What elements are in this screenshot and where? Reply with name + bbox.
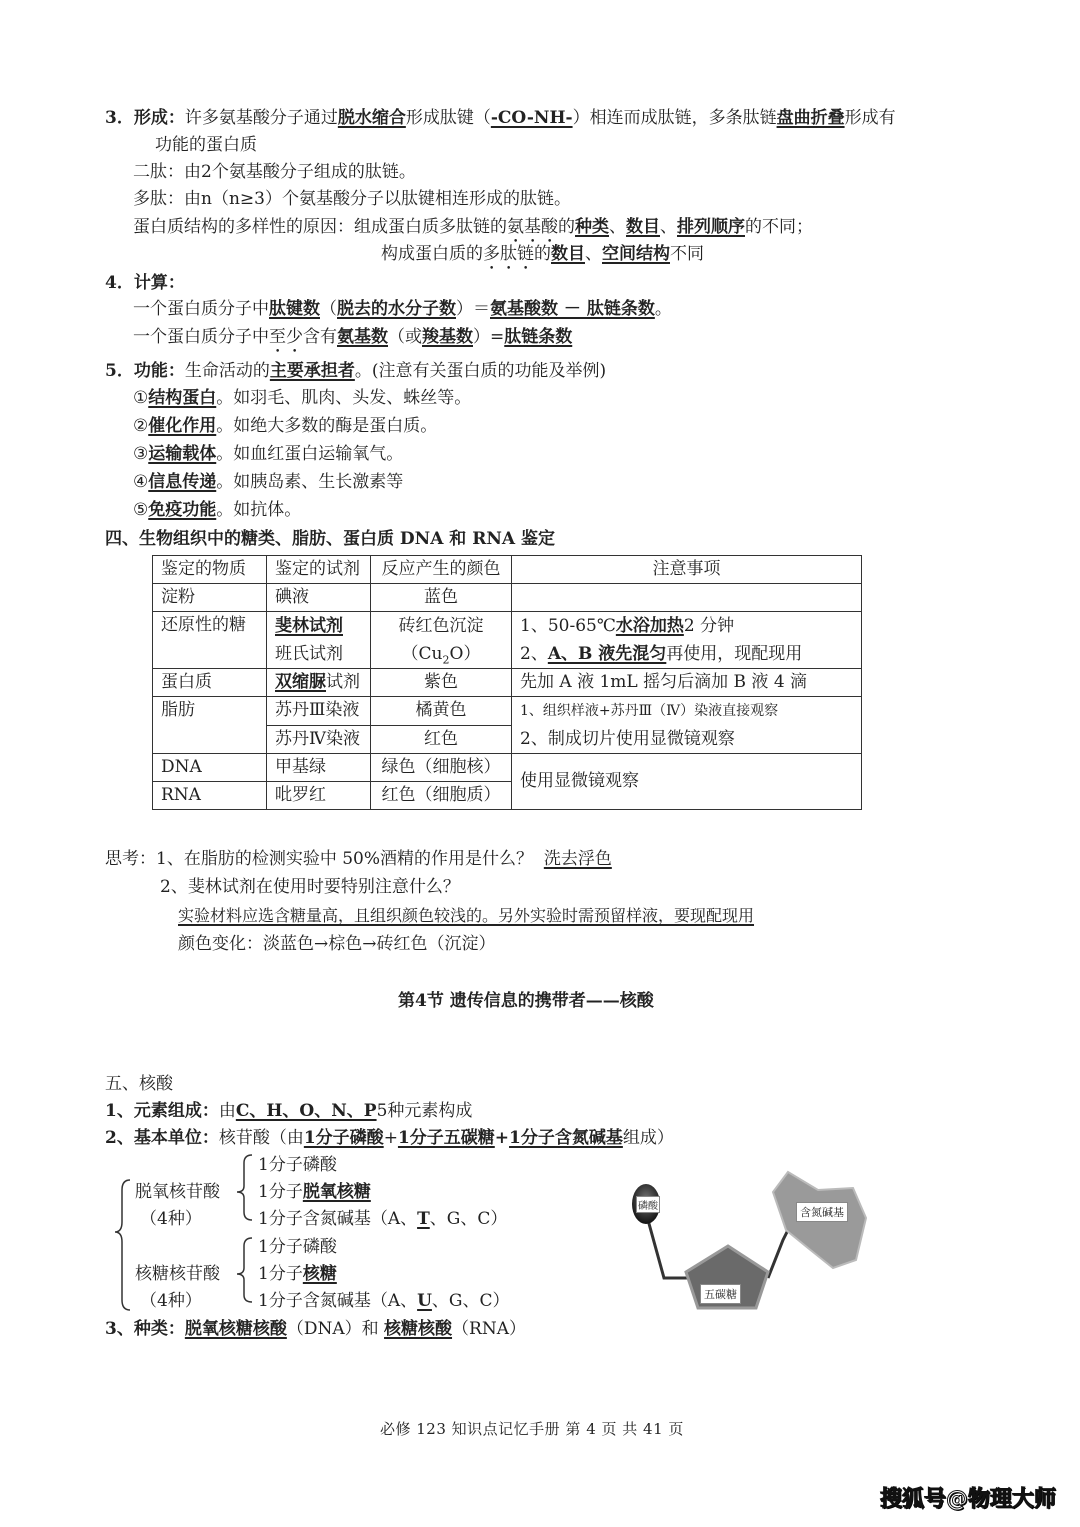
cell-substance: 蛋白质 [153,669,267,697]
header-cell: 鉴定的试剂 [267,556,371,584]
emphasis-text: 氨基酸 [507,217,558,237]
table-header-row: 鉴定的物质 鉴定的试剂 反应产生的颜色 注意事项 [153,556,862,584]
function-item: ②催化作用。如绝大多数的酶是蛋白质。 [133,415,437,437]
cell-substance: 还原性的糖 [153,612,267,669]
label: 1、元素组成： [105,1101,219,1121]
section5-heading: 5．功能：生命活动的主要承担者。(注意有关蛋白质的功能及举例) [105,360,606,382]
thinking-q1: 思考：1、在脂肪的检测实验中 50%酒精的作用是什么？ 洗去浮色 [105,848,612,870]
dipeptide-definition: 二肽：由2个氨基酸分子组成的肽链。 [133,161,416,183]
text: 生命活动的 [185,361,270,381]
deoxynucleotide-name: 脱氧核苷酸 [135,1181,220,1203]
text: 不同 [670,244,704,264]
text: ）＝ [456,299,490,319]
text: 1分子含氮碱基（A、 [258,1209,417,1229]
keyword: 羧基数 [422,327,473,347]
cell-color: 绿色（细胞核） [371,754,512,782]
pentose-label: 五碳糖 [700,1284,741,1304]
item-number: ④ [133,472,148,492]
base-label: 含氮碱基 [796,1202,848,1222]
cell-substance: RNA [153,782,267,810]
header-cell: 鉴定的物质 [153,556,267,584]
deoxy-component: 1分子含氮碱基（A、T、G、C） [258,1208,507,1230]
watermark: 搜狐号@物理大师 [880,1482,1056,1513]
element-composition: 1、元素组成：由C、H、O、N、P5种元素构成 [105,1100,472,1122]
text: 。如血红蛋白运输氧气。 [216,444,403,464]
section3-line1: 3．形成：许多氨基酸分子通过脱水缩合形成肽键（-CO-NH-）相连而成肽链，多条… [105,107,896,129]
note-line: 1、50-65℃水浴加热2 分钟 [520,612,853,640]
cell-note: 1、50-65℃水浴加热2 分钟 2、A、B 液先混匀再使用，现配现用 [512,612,862,669]
section-number: 5． [105,361,134,381]
text: 试剂 [326,672,360,692]
keyword: 信息传递 [148,472,216,492]
table-row: DNA 甲基绿 绿色（细胞核） 使用显微镜观察 [153,754,862,782]
cell-reagent: 双缩脲试剂 [267,669,371,697]
cell-reagent: 斐林试剂班氏试剂 [267,612,371,669]
text: + [384,1128,398,1148]
text: 的 [558,217,575,237]
text: 再使用，现配现用 [666,644,802,664]
cell-color: 紫色 [371,669,512,697]
nucleic-acid-heading: 五、核酸 [105,1073,173,1095]
emphasis-text: 至少 [269,327,303,347]
keyword: 免疫功能 [148,500,216,520]
text: 含有 [303,327,337,347]
ribo-component: 1分子核糖 [258,1263,337,1285]
function-item: ④信息传递。如胰岛素、生长激素等 [133,471,403,493]
thinking-a2: 实验材料应选含糖量高，且组织颜色较浅的。另外实验时需预留样液，要现配现用 [178,905,754,927]
keyword: 脱氧核糖核酸 [185,1319,287,1339]
cell-substance: 淀粉 [153,584,267,612]
text: 1分子 [258,1182,303,1202]
emphasis-text: 多肽链 [483,244,534,264]
text: 一个蛋白质分子中 [133,299,269,319]
cell-color: 蓝色 [371,584,512,612]
polypeptide-definition: 多肽：由n（n≥3）个氨基酸分子以肽键相连形成的肽链。 [133,188,571,210]
keyword: 盘曲折叠 [777,108,845,128]
cell-note: 1、组织样液+苏丹Ⅲ（Ⅳ）染液直接观察2、制成切片使用显微镜观察 [512,697,862,754]
text: （或 [388,327,422,347]
label: 3、种类： [105,1319,185,1339]
text: 班氏试剂 [275,640,362,668]
keyword: -CO-NH- [491,108,573,128]
text: 的不同； [745,217,813,237]
text: 。 [655,299,672,319]
cell-reagent: 苏丹Ⅲ染液 [267,697,371,726]
text: 形成有 [845,108,896,128]
keyword: 斐林试剂 [275,612,362,640]
formula: （Cu2O） [379,640,503,668]
note-line: 2、制成切片使用显微镜观察 [520,725,853,753]
text: 2 分钟 [684,616,734,636]
keyword: 水浴加热 [616,616,684,636]
text: 。如羽毛、肌肉、头发、蛛丝等。 [216,388,471,408]
text: 2、 [520,644,548,664]
function-item: ⑤免疫功能。如抗体。 [133,499,301,521]
text: 5种元素构成 [377,1101,473,1121]
ribonucleotide-count: （4种） [140,1290,202,1312]
text: ）相连而成肽链，多条肽链 [573,108,777,128]
text: （ [320,299,337,319]
item-number: ① [133,388,148,408]
cell-substance: 脂肪 [153,697,267,754]
cell-color: 橘黄色 [371,697,512,726]
thinking-a3: 颜色变化：淡蓝色→棕色→砖红色（沉淀） [178,933,496,955]
keyword: 1分子五碳糖 [398,1128,495,1148]
section-number: 4． [105,273,134,293]
cell-color: 砖红色沉淀（Cu2O） [371,612,512,669]
keyword: 1分子含氮碱基 [509,1128,623,1148]
text: ）= [473,327,504,347]
keyword: 1分子磷酸 [304,1128,384,1148]
cell-reagent: 苏丹Ⅳ染液 [267,725,371,754]
calc-line-2: 一个蛋白质分子中至少含有氨基数（或羧基数）=肽链条数 [133,326,572,357]
section4-heading: 4．计算： [105,272,185,294]
text: 蛋白质结构的多样性的原因：组成蛋白质多肽链的 [133,217,507,237]
item-number: ③ [133,444,148,464]
keyword: 催化作用 [148,416,216,436]
item-number: ⑤ [133,500,148,520]
keyword: 种类 [575,217,609,237]
text: （RNA） [452,1319,526,1339]
note-line: 1、组织样液+苏丹Ⅲ（Ⅳ）染液直接观察 [520,697,853,725]
section-title: 功能： [134,361,185,381]
chapter-title: 第4节 遗传信息的携带者——核酸 [398,990,654,1012]
keyword: A、B 液先混匀 [548,644,666,664]
text: 一个蛋白质分子中 [133,327,269,347]
diversity-reason-2: 构成蛋白质的多肽链的数目、空间结构不同 [381,243,704,274]
cell-reagent: 吡罗红 [267,782,371,810]
keyword: 脱去的水分子数 [337,299,456,319]
ribonucleotide-name: 核糖核苷酸 [135,1263,220,1285]
question: 1、在脂肪的检测实验中 50%酒精的作用是什么？ [156,849,533,869]
keyword: 核糖核酸 [384,1319,452,1339]
deoxynucleotide-count: （4种） [140,1208,202,1230]
basic-unit: 2、基本单位：核苷酸（由1分子磷酸+1分子五碳糖+1分子含氮碱基组成） [105,1127,674,1149]
text: 1分子含氮碱基（A、 [258,1291,417,1311]
keyword: 脱氧核糖 [303,1182,371,1202]
text: 1分子 [258,1264,303,1284]
deoxy-component: 1分子磷酸 [258,1154,337,1176]
keyword: 主要承担者 [270,361,355,381]
text: 构成蛋白质的 [381,244,483,264]
text: （DNA）和 [287,1319,384,1339]
cell-reagent: 甲基绿 [267,754,371,782]
text: 的 [534,244,551,264]
section-number: 3． [105,108,134,128]
calc-line-1: 一个蛋白质分子中肽键数（脱去的水分子数）＝氨基酸数 － 肽链条数。 [133,298,672,320]
nucleotide-structure-icon [628,1160,868,1320]
keyword: 脱水缩合 [338,108,406,128]
text: 砖红色沉淀 [379,612,503,640]
text: 。(注意有关蛋白质的功能及举例) [355,361,606,381]
text: 。如绝大多数的酶是蛋白质。 [216,416,437,436]
keyword: U [417,1291,432,1311]
text: + [495,1128,509,1148]
keyword: 肽链条数 [504,327,572,347]
thinking-q2: 2、斐林试剂在使用时要特别注意什么？ [160,876,460,898]
thinking-label: 思考： [105,849,156,869]
table-row: 淀粉 碘液 蓝色 [153,584,862,612]
section3-line1-cont: 功能的蛋白质 [155,134,257,156]
header-cell: 注意事项 [512,556,862,584]
cell-reagent: 碘液 [267,584,371,612]
keyword: 氨基酸数 － 肽链条数 [490,299,655,319]
answer: 洗去浮色 [544,849,612,869]
cell-color: 红色 [371,725,512,754]
cell-substance: DNA [153,754,267,782]
table-row: 蛋白质 双缩脲试剂 紫色 先加 A 液 1mL 摇匀后滴加 B 液 4 滴 [153,669,862,697]
note-line: 2、A、B 液先混匀再使用，现配现用 [520,640,853,668]
keyword: 数目 [626,217,660,237]
phosphate-label: 磷酸 [636,1196,660,1213]
keyword: 核糖 [303,1264,337,1284]
text: 。如胰岛素、生长激素等 [216,472,403,492]
subscript: 2 [443,653,450,666]
table-row: 脂肪 苏丹Ⅲ染液 橘黄色 1、组织样液+苏丹Ⅲ（Ⅳ）染液直接观察2、制成切片使用… [153,697,862,726]
nucleotide-diagram: 磷酸 五碳糖 含氮碱基 [628,1160,868,1320]
nucleic-acid-types: 3、种类：脱氧核糖核酸（DNA）和 核糖核酸（RNA） [105,1318,526,1340]
keyword: 肽键数 [269,299,320,319]
label: 2、基本单位： [105,1128,219,1148]
keyword: 结构蛋白 [148,388,216,408]
keyword: 运输载体 [148,444,216,464]
deoxy-component: 1分子脱氧核糖 [258,1181,371,1203]
item-number: ② [133,416,148,436]
cell-note: 先加 A 液 1mL 摇匀后滴加 B 液 4 滴 [512,669,862,697]
cell-note: 使用显微镜观察 [512,754,862,810]
table-row: 还原性的糖 斐林试剂班氏试剂 砖红色沉淀（Cu2O） 1、50-65℃水浴加热2… [153,612,862,669]
text: 。如抗体。 [216,500,301,520]
page-footer: 必修 123 知识点记忆手册 第 4 页 共 41 页 [380,1418,684,1439]
keyword: C、H、O、N、P [236,1101,377,1121]
function-item: ①结构蛋白。如羽毛、肌肉、头发、蛛丝等。 [133,387,471,409]
section-title: 计算： [134,273,185,293]
text: 核苷酸（由 [219,1128,304,1148]
text: 、 [585,244,602,264]
text: 组成） [623,1128,674,1148]
text: 、 [609,217,626,237]
text: 1、50-65℃ [520,616,616,636]
keyword: 氨基数 [337,327,388,347]
function-item: ③运输载体。如血红蛋白运输氧气。 [133,443,403,465]
text: （Cu [402,644,443,664]
keyword: 排列顺序 [677,217,745,237]
keyword: T [417,1209,430,1229]
text: O） [450,644,481,664]
identification-heading: 四、生物组织中的糖类、脂肪、蛋白质 DNA 和 RNA 鉴定 [105,528,555,550]
ribo-component: 1分子含氮碱基（A、U、G、C） [258,1290,510,1312]
header-cell: 反应产生的颜色 [371,556,512,584]
section-title: 形成： [134,108,185,128]
text: 由 [219,1101,236,1121]
ribo-component: 1分子磷酸 [258,1236,337,1258]
text: 许多氨基酸分子通过 [185,108,338,128]
keyword: 空间结构 [602,244,670,264]
keyword: 双缩脲 [275,672,326,692]
keyword: 数目 [551,244,585,264]
text: 、G、C） [432,1291,510,1311]
text: 、G、C） [430,1209,508,1229]
identification-table: 鉴定的物质 鉴定的试剂 反应产生的颜色 注意事项 淀粉 碘液 蓝色 还原性的糖 … [152,555,862,810]
cell-note [512,584,862,612]
text: 、 [660,217,677,237]
cell-color: 红色（细胞质） [371,782,512,810]
text: 形成肽键（ [406,108,491,128]
